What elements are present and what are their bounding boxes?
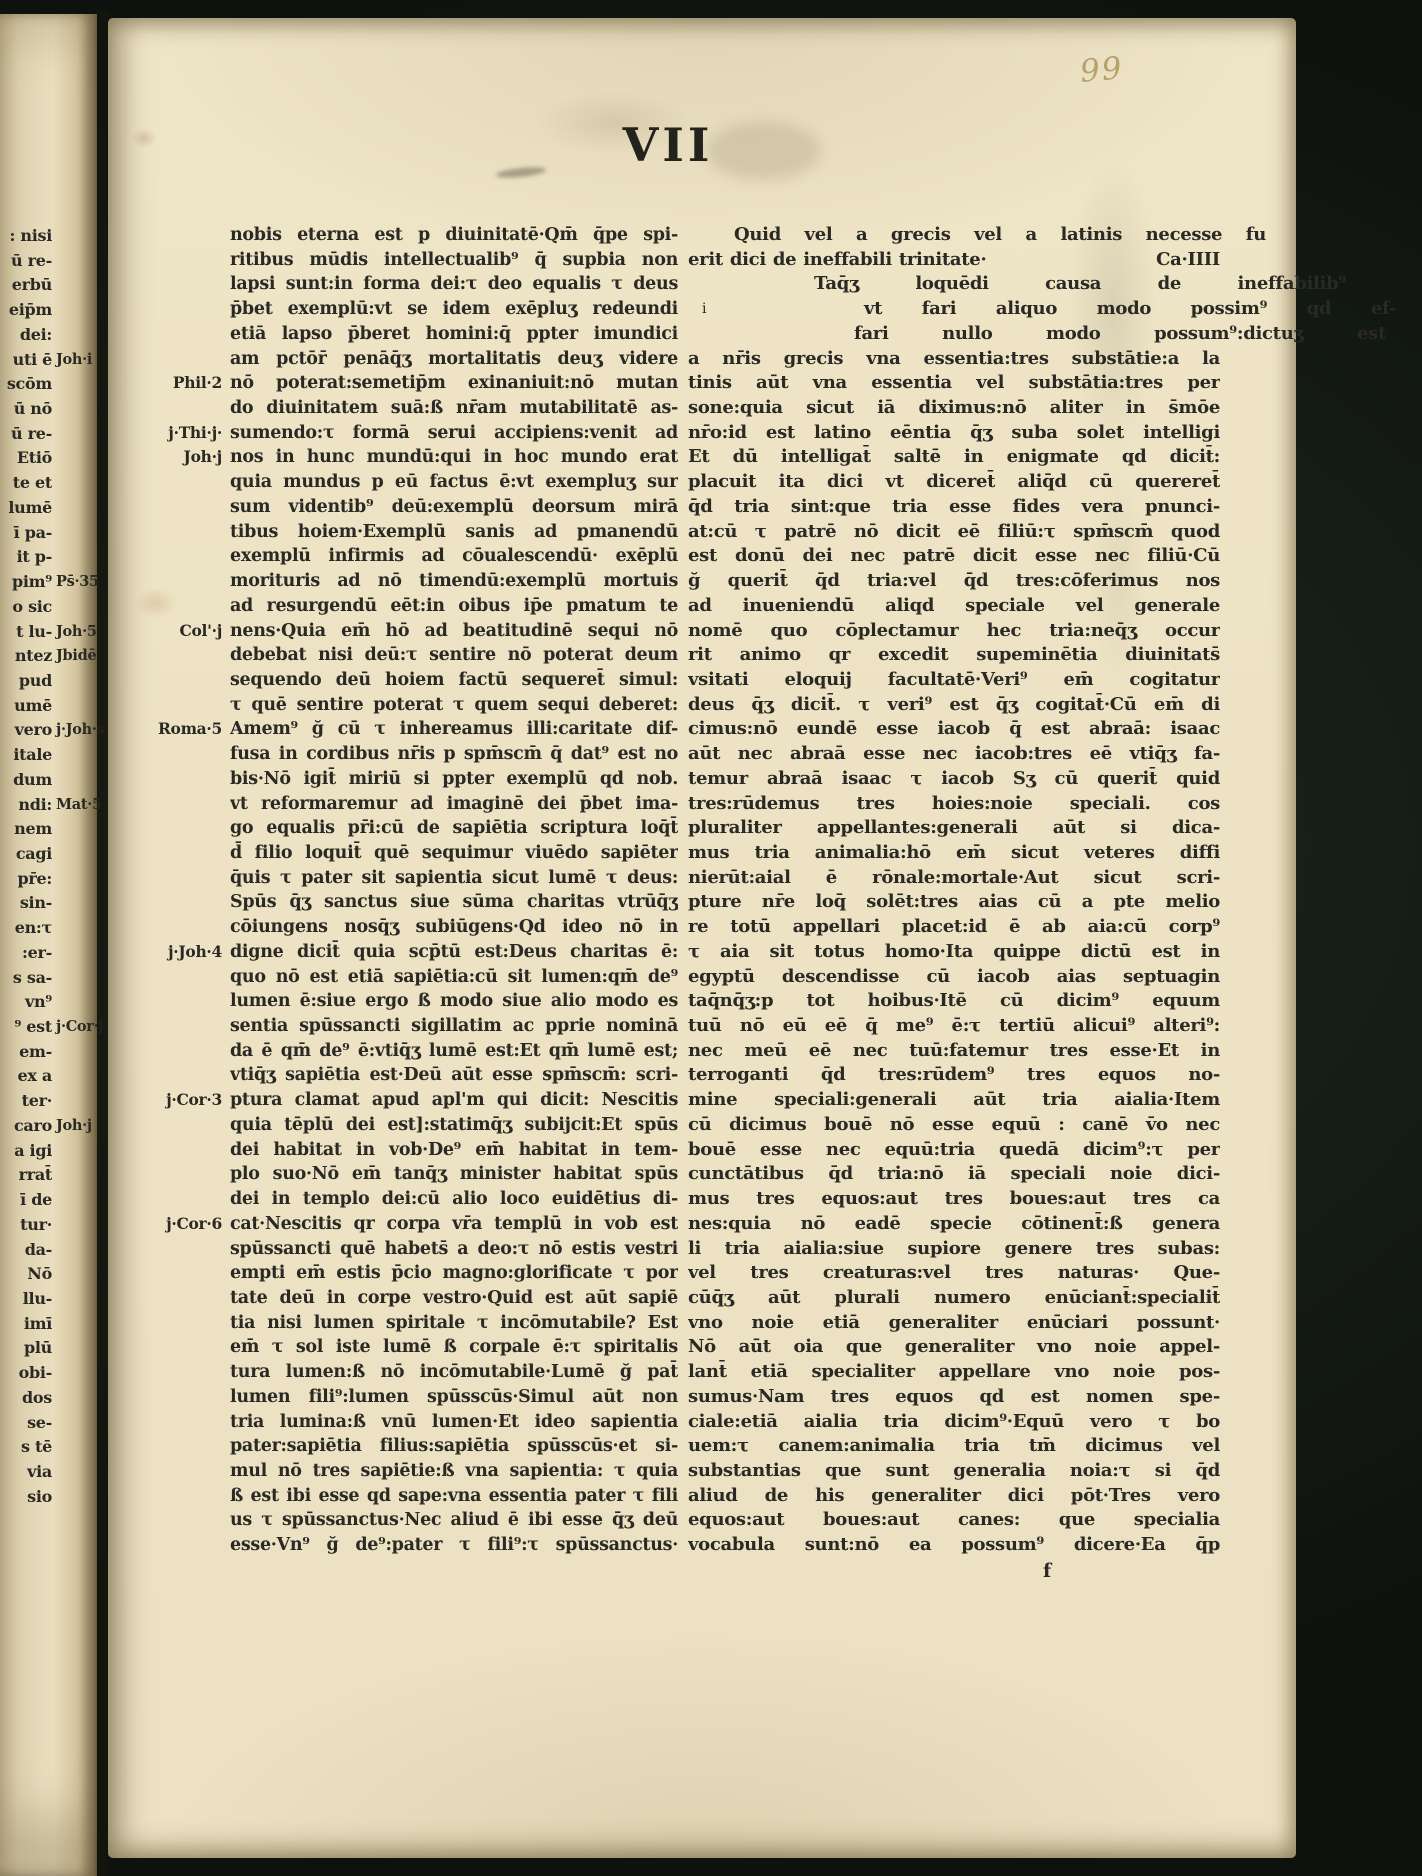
line-end-fragment: Nō [0, 1261, 52, 1286]
strip-line-fragment: ex a [0, 1063, 97, 1088]
strip-line-fragment: ntezJbidē [0, 643, 97, 668]
strip-line-fragment: ndi:Mat·5 [0, 792, 97, 817]
text-line: aūt nec abraā esse nec iacob:tres eē vti… [688, 742, 1220, 767]
text-line-content: sone:quia sicut iā diximus:nō aliter in … [688, 397, 1220, 418]
text-line-content: vtiq̄ʒ sapiētia est·Deū aūt esse spm̄scm… [230, 1065, 678, 1085]
text-line-content: Amem⁹ ğ cū τ inhereamus illi:caritate di… [230, 719, 678, 739]
line-end-fragment: lumē [0, 495, 52, 520]
text-line-content: da ē qm̄ de⁹ ē:vtiq̄ʒ lumē est:Et qm̄ lu… [230, 1041, 678, 1061]
text-line-content: ad resurgendū eēt:in oibus ip̄e pmatum t… [230, 596, 678, 616]
strip-margin-note: Ps̄·35 [56, 569, 99, 594]
text-line-content: Et dū intelligat̄ saltē in enigmate qd d… [688, 446, 1220, 467]
line-end-fragment: llu- [0, 1286, 52, 1311]
text-line: cat·Nescitis qr corpa vr̄a templū in vob… [230, 1212, 678, 1237]
scripture-reference-note: j·Joh·4 [114, 940, 222, 965]
text-line: nobis eterna est p diuinitatē·Qm̄ q̄pe s… [230, 223, 678, 248]
strip-line-fragment: pud [0, 668, 97, 693]
text-line: ß est ibi esse qd sape:vna essentia pate… [230, 1484, 678, 1509]
text-line: digne dicit̄ quia scp̄tū est:Deus charit… [230, 940, 678, 965]
text-line-content: esse·Vn⁹ ğ de⁹:pater τ fili⁹:τ spūssanct… [230, 1535, 678, 1555]
line-end-fragment: a igi [0, 1138, 52, 1163]
strip-line-fragment: ⁹ estj·Cor·j [0, 1014, 97, 1039]
line-end-fragment: tur· [0, 1212, 52, 1237]
text-line: Quid vel a grecis vel a latinis necesse … [688, 223, 1266, 248]
strip-line-fragment: uti ēJoh·i [0, 347, 97, 372]
text-line: taq̄nq̄ʒ:p tot hoibus·Itē cū dicim⁹ equu… [688, 989, 1220, 1014]
text-line: mus tres equos:aut tres boues:aut tres c… [688, 1187, 1220, 1212]
line-end-fragment: se- [0, 1410, 52, 1435]
text-line-content: pture nr̄e loq̄ solēt:tres aias cū a pte… [688, 891, 1220, 912]
text-line-content: pater:sapiētia filius:sapiētia spūsscūs·… [230, 1436, 678, 1456]
text-line-content: mul nō tres sapiētie:ß vna sapientia: τ … [230, 1461, 678, 1481]
strip-line-fragment: it p- [0, 544, 97, 569]
text-line: quia mundus p eū factus ē:vt exempluʒ su… [230, 470, 678, 495]
ink-smudge [496, 165, 547, 179]
text-line: re totū appellari placet:id ē ab aia:cū … [688, 915, 1220, 940]
text-line-content: sum videntib⁹ deū:exemplū deorsum mirā [230, 497, 678, 517]
line-end-fragment: dum [0, 767, 52, 792]
text-line-content: sumus·Nam tres equos qd est nomen spe- [688, 1386, 1220, 1407]
text-line-content: morituris ad nō timendū:exemplū mortuis [230, 571, 678, 591]
line-end-fragment: en:τ [0, 915, 52, 940]
text-line-content: spūssancti quē habets̄ a deo:τ nō estis … [230, 1239, 678, 1259]
text-line: lapsi sunt:in forma dei:τ deo equalis τ … [230, 272, 678, 297]
strip-line-fragment: imī [0, 1311, 97, 1336]
text-line: erit dici de ineffabili trinitate·Ca·III… [688, 248, 1220, 273]
text-line: debebat nisi deū:τ sentire nō poterat de… [230, 643, 678, 668]
strip-line-fragment: em- [0, 1039, 97, 1064]
text-line-content: placuit ita dici vt diceret̄ aliq̄d cū q… [688, 471, 1220, 492]
text-line: quo nō est etiā sapiētia:cū sit lumen:qm… [230, 965, 678, 990]
text-line-content: tate deū in corpe vestro·Quid est aūt sa… [230, 1288, 678, 1308]
text-line: pluraliter appellantes:generali aūt si d… [688, 816, 1220, 841]
text-line-content: ğ querit̄ q̄d tria:vel q̄d tres:cōferimu… [688, 570, 1220, 591]
text-line: am pctōr̄ penāq̄ʒ mortalitatis deuʒ vide… [230, 347, 678, 372]
text-line: tres:rūdemus tres hoies:noie speciali. c… [688, 792, 1220, 817]
strip-line-fragment: obi- [0, 1360, 97, 1385]
strip-line-fragment: dos [0, 1385, 97, 1410]
text-line-content: τ quē sentire poterat τ quem sequi deber… [230, 695, 678, 715]
text-line: d̄ filio loquit̄ quē sequimur viuēdo sap… [230, 841, 678, 866]
line-end-fragment: ntez [0, 643, 52, 668]
scripture-reference-note: j·Thi·j· [114, 421, 222, 446]
text-line: sentia spūssancti sigillatim ac pprie no… [230, 1014, 678, 1039]
text-line: placuit ita dici vt diceret̄ aliq̄d cū q… [688, 470, 1220, 495]
text-line-content: ritibus mūdis intellectualib⁹ q̄ supbia … [230, 250, 678, 270]
strip-line-fragment: a igi [0, 1138, 97, 1163]
text-line-content: tuū nō eū eē q̄ me⁹ ē:τ tertiū alicui⁹ a… [688, 1015, 1220, 1036]
text-line: tia nisi lumen spiritale τ incōmutabile?… [230, 1311, 678, 1336]
text-line-content: a nr̄is grecis vna essentia:tres substāt… [688, 348, 1220, 369]
strip-line-fragment: dei: [0, 322, 97, 347]
text-line: mul nō tres sapiētie:ß vna sapientia: τ … [230, 1459, 678, 1484]
text-line-content: vt reformaremur ad imaginē dei p̄bet ima… [230, 794, 678, 814]
text-line: tria lumina:ß vnū lumen·Et ideo sapienti… [230, 1410, 678, 1435]
text-line: vsitati eloquij facultatē·Veri⁹ em̄ cogi… [688, 668, 1220, 693]
strip-line-fragment: ī de [0, 1187, 97, 1212]
strip-line-fragment: vn⁹ [0, 989, 97, 1014]
line-end-fragment: umē [0, 693, 52, 718]
text-line-content: re totū appellari placet:id ē ab aia:cū … [688, 916, 1220, 937]
chapter-label: Ca·IIII [1156, 248, 1220, 273]
text-line: Taq̄ʒ loquēdi causa de ineffabilib⁹ [688, 272, 1346, 297]
scripture-reference-note: j·Cor·3 [114, 1088, 222, 1113]
line-end-fragment: sio [0, 1484, 52, 1509]
text-line-content: lumen fili⁹:lumen spūsscūs·Simul aūt non [230, 1387, 678, 1407]
strip-line-fragment: caroJoh·j [0, 1113, 97, 1138]
text-line-content: lant̄ etiā specialiter appellare vno noi… [688, 1361, 1220, 1382]
text-line-content: nomē quo cōplectamur hec tria:neq̄ʒ occu… [688, 620, 1220, 641]
text-line: nens·Quia em̄ hō ad beatitudinē sequi nō [230, 619, 678, 644]
scripture-reference-note: Joh·j [114, 445, 222, 470]
text-line: ğ querit̄ q̄d tria:vel q̄d tres:cōferimu… [688, 569, 1220, 594]
line-end-fragment: ter· [0, 1088, 52, 1113]
text-line: sequendo deū hoiem factū sequeret̄ simul… [230, 668, 678, 693]
text-line: bis·Nō igit̄ miriū si ppter exemplū qd n… [230, 767, 678, 792]
strip-line-fragment: s tē [0, 1434, 97, 1459]
text-line: nes:quia nō eadē specie cōtinent̄:ß gene… [688, 1212, 1220, 1237]
text-line-content: fari nullo modo possum⁹:dictuʒ est [854, 323, 1386, 344]
line-end-fragment: o sic [0, 594, 52, 619]
text-line: a nr̄is grecis vna essentia:tres substāt… [688, 347, 1220, 372]
text-line-content: nes:quia nō eadē specie cōtinent̄:ß gene… [688, 1213, 1220, 1234]
text-line: sumus·Nam tres equos qd est nomen spe- [688, 1385, 1220, 1410]
text-line-content: terroganti q̄d tres:rūdem⁹ tres equos no… [688, 1064, 1220, 1085]
text-line: deus q̄ʒ dicit̄. τ veri⁹ est q̄ʒ cogitat… [688, 693, 1220, 718]
text-line: substantias que sunt generalia noia:τ si… [688, 1459, 1220, 1484]
text-line: cūq̄ʒ aūt plurali numero enūciant̄:speci… [688, 1286, 1220, 1311]
text-line: q̄d tria sint:que tria esse fides vera p… [688, 495, 1220, 520]
text-line-content: ptura clamat apud apl'm qui dicit: Nesci… [230, 1090, 678, 1110]
text-line: nomē quo cōplectamur hec tria:neq̄ʒ occu… [688, 619, 1220, 644]
strip-line-fragment: ū re- [0, 248, 97, 273]
line-end-fragment: ex a [0, 1063, 52, 1088]
text-line: τ quē sentire poterat τ quem sequi deber… [230, 693, 678, 718]
text-line-content: est donū dei nec patrē dicit esse nec fi… [688, 545, 1220, 566]
line-end-fragment: erbū [0, 272, 52, 297]
text-line-content: bis·Nō igit̄ miriū si ppter exemplū qd n… [230, 769, 678, 789]
text-line: ritibus mūdis intellectualib⁹ q̄ supbia … [230, 248, 678, 273]
text-line-content: tres:rūdemus tres hoies:noie speciali. c… [688, 793, 1220, 814]
text-line: cimus:nō eundē esse iacob q̄ est abraā: … [688, 717, 1220, 742]
text-line: etiā lapso p̄beret homini:q̄ ppter imund… [230, 322, 678, 347]
strip-line-fragment: ū nō [0, 396, 97, 421]
text-line: nr̄o:id est latino eēntia q̄ʒ suba solet… [688, 421, 1220, 446]
strip-line-fragment: lumē [0, 495, 97, 520]
text-line-content: erit dici de ineffabili trinitate· [688, 248, 986, 273]
text-line: tibus hoiem·Exemplū sanis ad pmanendū [230, 520, 678, 545]
text-line-content: lapsi sunt:in forma dei:τ deo equalis τ … [230, 274, 678, 294]
line-end-fragment: : nisi [0, 223, 52, 248]
line-end-fragment: dos [0, 1385, 52, 1410]
line-end-fragment: te et [0, 470, 52, 495]
text-line-content: uem:τ canem:animalia tria tm̄ dicimus ve… [688, 1435, 1220, 1456]
text-line-content: mine speciali:generali aūt tria aialia·I… [688, 1089, 1220, 1110]
text-line: morituris ad nō timendū:exemplū mortuis [230, 569, 678, 594]
scripture-reference-note: Roma·5 [114, 717, 222, 742]
text-line: esse·Vn⁹ ğ de⁹:pater τ fili⁹:τ spūssanct… [230, 1533, 678, 1558]
strip-line-fragment: llu- [0, 1286, 97, 1311]
text-line: vtiq̄ʒ sapiētia est·Deū aūt esse spm̄scm… [230, 1063, 678, 1088]
strip-line-fragment: : nisi [0, 223, 97, 248]
text-line: tuū nō eū eē q̄ me⁹ ē:τ tertiū alicui⁹ a… [688, 1014, 1220, 1039]
line-end-fragment: imī [0, 1311, 52, 1336]
text-line: em̄ τ sol iste lumē ß corpale ē:τ spirit… [230, 1335, 678, 1360]
text-line: uem:τ canem:animalia tria tm̄ dicimus ve… [688, 1434, 1220, 1459]
text-line-content: p̄bet exemplū:vt se idem exēpluʒ redeund… [230, 299, 678, 319]
strip-line-fragment: pim⁹Ps̄·35 [0, 569, 97, 594]
text-line-content: aūt nec abraā esse nec iacob:tres eē vti… [688, 743, 1220, 764]
line-end-fragment: pim⁹ [0, 569, 52, 594]
text-line-content: tinis aūt vna essentia vel substātia:tre… [688, 372, 1220, 393]
text-line: bouē esse nec equū:tria quedā dicim⁹:τ p… [688, 1138, 1220, 1163]
text-line: vt reformaremur ad imaginē dei p̄bet ima… [230, 792, 678, 817]
text-line-content: do diuinitatem suā:ß nr̄am mutabilitatē … [230, 398, 678, 418]
text-line: exemplū infirmis ad cōualescendū· exēplū [230, 544, 678, 569]
text-line: mine speciali:generali aūt tria aialia·I… [688, 1088, 1220, 1113]
text-line: sumendo:τ formā serui accipiens:venit ad [230, 421, 678, 446]
text-line-content: substantias que sunt generalia noia:τ si… [688, 1460, 1220, 1481]
text-line-content: d̄ filio loquit̄ quē sequimur viuēdo sap… [230, 843, 678, 863]
text-line-content: cūq̄ʒ aūt plurali numero enūciant̄:speci… [688, 1287, 1220, 1308]
line-end-fragment: s tē [0, 1434, 52, 1459]
text-line-content: vel tres creaturas:vel tres naturas· Que… [688, 1262, 1220, 1283]
text-line: Et dū intelligat̄ saltē in enigmate qd d… [688, 445, 1220, 470]
text-line-content: dei habitat in vob·De⁹ em̄ habitat in te… [230, 1140, 678, 1160]
line-end-fragment: eip̄m [0, 297, 52, 322]
strip-margin-note: Joh·i [56, 347, 92, 372]
line-end-fragment: s sa- [0, 965, 52, 990]
strip-line-fragment: te et [0, 470, 97, 495]
strip-line-fragment: eip̄m [0, 297, 97, 322]
text-line-content: digne dicit̄ quia scp̄tū est:Deus charit… [230, 942, 678, 962]
text-line: quia tēplū dei est]:statimq̄ʒ subijcit:E… [230, 1113, 678, 1138]
text-line-content: nos in hunc mundū:qui in hoc mundo erat [230, 447, 678, 467]
strip-line-fragment: umē [0, 693, 97, 718]
text-line-content: em̄ τ sol iste lumē ß corpale ē:τ spirit… [230, 1337, 678, 1360]
text-line: nierūt:aial ē rōnale:mortale·Aut sicut s… [688, 866, 1220, 891]
strip-line-fragment: en:τ [0, 915, 97, 940]
line-end-fragment: cagi [0, 841, 52, 866]
text-line: cōiungens nosq̄ʒ subiūgens·Qd ideo nō in [230, 915, 678, 940]
text-line-content: sentia spūssancti sigillatim ac pprie no… [230, 1016, 678, 1036]
text-line: us τ spūssanctus·Nec aliud ē ibi esse q̄… [230, 1508, 678, 1533]
strip-line-fragment: t lu-Joh·5 [0, 619, 97, 644]
text-line-content: vocabula sunt:nō ea possum⁹ dicere·Ea q̄… [688, 1534, 1220, 1555]
strip-line-fragment: plū [0, 1335, 97, 1360]
strip-line-fragment: o sic [0, 594, 97, 619]
text-line: dei habitat in vob·De⁹ em̄ habitat in te… [230, 1138, 678, 1163]
text-line-content: go equalis pr̄i:cū de sapiētia scriptura… [230, 818, 678, 838]
line-end-fragment: it p- [0, 544, 52, 569]
text-line-content: τ aia sit totus homo·Ita quippe dictū es… [688, 941, 1220, 962]
strip-line-fragment: cagi [0, 841, 97, 866]
text-line: nec meū eē nec tuū:fatemur tres esse·Et … [688, 1039, 1220, 1064]
text-line-content: Nō aūt oia que generaliter vno noie appe… [688, 1336, 1220, 1357]
text-line: est donū dei nec patrē dicit esse nec fi… [688, 544, 1220, 569]
text-line-content: nobis eterna est p diuinitatē·Qm̄ q̄pe s… [230, 225, 678, 245]
facing-page-edge-strip: : nisiū re-erbūeip̄mdei:uti ēJoh·iscōmū … [0, 14, 97, 1876]
text-line: aliud de his generaliter dici pōt·Tres v… [688, 1484, 1220, 1509]
text-line: lumen fili⁹:lumen spūsscūs·Simul aūt non [230, 1385, 678, 1410]
text-line: nō poterat:semetip̄m exinaniuit:nō mutan [230, 371, 678, 396]
strip-line-fragment: itale [0, 742, 97, 767]
strip-margin-note: Jbidē [56, 643, 96, 668]
line-end-fragment: itale [0, 742, 52, 767]
text-line-content: fusa in cordibus nr̄is p spm̄scm̄ q̄ dat… [230, 744, 678, 764]
text-line-content: Quid vel a grecis vel a latinis necesse … [734, 224, 1266, 245]
text-line: sone:quia sicut iā diximus:nō aliter in … [688, 396, 1220, 421]
line-end-fragment: pr̄e: [0, 866, 52, 891]
text-line: lumen ē:siue ergo ß modo siue alio modo … [230, 989, 678, 1014]
line-end-fragment: via [0, 1459, 52, 1484]
text-line: p̄bet exemplū:vt se idem exēpluʒ redeund… [230, 297, 678, 322]
strip-line-fragment: s sa- [0, 965, 97, 990]
text-line-content: q̄d tria sint:que tria esse fides vera p… [688, 496, 1220, 517]
text-line-content: mus tria animalia:hō em̄ sicut veteres d… [688, 842, 1220, 863]
strip-margin-note: Joh·j [56, 1113, 92, 1138]
text-line-content: bouē esse nec equū:tria quedā dicim⁹:τ p… [688, 1139, 1220, 1160]
scripture-reference-note: j·Cor·6 [114, 1212, 222, 1237]
text-line: ad resurgendū eēt:in oibus ip̄e pmatum t… [230, 594, 678, 619]
text-line-content: empti em̄ estis p̄cio magno:glorificate … [230, 1263, 678, 1283]
text-line: equos:aut boues:aut canes: que specialia [688, 1508, 1220, 1533]
line-end-fragment: em- [0, 1039, 52, 1064]
text-line: vt fari aliquo modo possim⁹ qd ef-i [688, 297, 1396, 322]
line-end-fragment: ⁹ est [0, 1014, 52, 1039]
text-line: vel tres creaturas:vel tres naturas· Que… [688, 1261, 1220, 1286]
text-line-content: am pctōr̄ penāq̄ʒ mortalitatis deuʒ vide… [230, 349, 678, 369]
line-end-fragment: ū re- [0, 248, 52, 273]
line-end-fragment: ū nō [0, 396, 52, 421]
text-line-content: vno noie etiā generaliter enūciari possu… [688, 1312, 1220, 1333]
text-line: tate deū in corpe vestro·Quid est aūt sa… [230, 1286, 678, 1311]
text-line-content: cat·Nescitis qr corpa vr̄a templū in vob… [230, 1214, 678, 1234]
guide-letter: i [702, 297, 706, 322]
text-line: rit animo qr excedit supeminētia diuinit… [688, 643, 1220, 668]
text-line-content: nec meū eē nec tuū:fatemur tres esse·Et … [688, 1040, 1220, 1061]
text-line-content: plo suo·Nō em̄ tanq̄ʒ minister habitat s… [230, 1164, 678, 1184]
line-end-fragment: sin- [0, 890, 52, 915]
text-line-content: vt fari aliquo modo possim⁹ qd ef- [864, 298, 1396, 319]
strip-margin-note: Joh·5 [56, 619, 97, 644]
line-end-fragment: scōm [0, 371, 52, 396]
text-line: terroganti q̄d tres:rūdem⁹ tres equos no… [688, 1063, 1220, 1088]
text-line: li tria aialia:siue supiore genere tres … [688, 1237, 1220, 1262]
line-end-fragment: ī pa- [0, 520, 52, 545]
line-end-fragment: dei: [0, 322, 52, 347]
strip-line-fragment: nem [0, 816, 97, 841]
strip-line-fragment: :er- [0, 940, 97, 965]
line-end-fragment: ī de [0, 1187, 52, 1212]
text-line-content: deus q̄ʒ dicit̄. τ veri⁹ est q̄ʒ cogitat… [688, 694, 1220, 715]
text-line: vno noie etiā generaliter enūciari possu… [688, 1311, 1220, 1336]
text-line: q̄uis τ pater sit sapientia sicut lumē τ… [230, 866, 678, 891]
text-line-content: dei in templo dei:cū alio loco euidētius… [230, 1189, 678, 1209]
line-end-fragment: caro [0, 1113, 52, 1138]
strip-line-fragment: sio [0, 1484, 97, 1509]
text-line-content: cōiungens nosq̄ʒ subiūgens·Qd ideo nō in [230, 917, 678, 937]
text-line: cū dicimus bouē nō esse equū : canē v̄o … [688, 1113, 1220, 1138]
strip-line-fragment: pr̄e: [0, 866, 97, 891]
text-line-content: mus tres equos:aut tres boues:aut tres c… [688, 1188, 1220, 1209]
text-line-content: sequendo deū hoiem factū sequeret̄ simul… [230, 670, 678, 690]
text-line: go equalis pr̄i:cū de sapiētia scriptura… [230, 816, 678, 841]
text-line: τ aia sit totus homo·Ita quippe dictū es… [688, 940, 1220, 965]
text-line: da ē qm̄ de⁹ ē:vtiq̄ʒ lumē est:Et qm̄ lu… [230, 1039, 678, 1064]
text-line-content: ciale:etiā aialia tria dicim⁹·Equū vero … [688, 1411, 1220, 1432]
text-line-content: sumendo:τ formā serui accipiens:venit ad [230, 423, 678, 443]
strip-line-fragment: ī pa- [0, 520, 97, 545]
text-line: Spūs q̄ʒ sanctus siue sūma charitas vtrū… [230, 890, 678, 915]
text-line: cunctātibus q̄d tria:nō iā speciali noie… [688, 1162, 1220, 1187]
strip-line-fragment: da- [0, 1237, 97, 1262]
text-line-content: nierūt:aial ē rōnale:mortale·Aut sicut s… [688, 867, 1220, 888]
line-end-fragment: nem [0, 816, 52, 841]
line-end-fragment: rrat̄ [0, 1162, 52, 1187]
text-line: plo suo·Nō em̄ tanq̄ʒ minister habitat s… [230, 1162, 678, 1187]
text-line-content: nō poterat:semetip̄m exinaniuit:nō mutan [230, 373, 678, 393]
text-line-content: rit animo qr excedit supeminētia diuinit… [688, 644, 1220, 665]
strip-line-fragment: sin- [0, 890, 97, 915]
text-line-content: quia mundus p eū factus ē:vt exempluʒ su… [230, 472, 678, 492]
text-line-content: quo nō est etiā sapiētia:cū sit lumen:qm… [230, 967, 678, 987]
text-line-content: lumen ē:siue ergo ß modo siue alio modo … [230, 991, 678, 1011]
text-line-content: vsitati eloquij facultatē·Veri⁹ em̄ cogi… [688, 669, 1220, 690]
text-line: mus tria animalia:hō em̄ sicut veteres d… [688, 841, 1220, 866]
strip-line-fragment: via [0, 1459, 97, 1484]
scripture-reference-note: Col'·j [114, 619, 222, 644]
strip-line-fragment: veroj·Joh·s [0, 717, 97, 742]
text-line-content: cimus:nō eundē esse iacob q̄ est abraā: … [688, 718, 1220, 739]
text-line: nos in hunc mundū:qui in hoc mundo erat [230, 445, 678, 470]
strip-line-fragment: se- [0, 1410, 97, 1435]
main-page: VII 99 Phil·2j·Thi·j·Joh·jCol'·jRoma·5j·… [108, 18, 1296, 1858]
strip-line-fragment: rrat̄ [0, 1162, 97, 1187]
text-line-content: egyptū descendisse cū iacob aias septuag… [688, 966, 1220, 987]
strip-line-fragment: ū re- [0, 421, 97, 446]
line-end-fragment: ndi: [0, 792, 52, 817]
text-line-content: at:cū τ patrē nō dicit eē filiū:τ spm̄sc… [688, 521, 1220, 542]
text-line: fusa in cordibus nr̄is p spm̄scm̄ q̄ dat… [230, 742, 678, 767]
line-end-fragment: Etiō [0, 445, 52, 470]
line-end-fragment: da- [0, 1237, 52, 1262]
line-end-fragment: obi- [0, 1360, 52, 1385]
line-end-fragment: ū re- [0, 421, 52, 446]
strip-line-fragment: erbū [0, 272, 97, 297]
text-line-content: ß est ibi esse qd sape:vna essentia pate… [230, 1486, 678, 1506]
line-end-fragment: plū [0, 1335, 52, 1360]
signature-mark: f [1043, 1560, 1051, 1582]
line-end-fragment: vero [0, 717, 52, 742]
line-end-fragment: :er- [0, 940, 52, 965]
strip-line-fragment: tur· [0, 1212, 97, 1237]
text-line-content: nr̄o:id est latino eēntia q̄ʒ suba solet… [688, 422, 1220, 443]
text-line: ad inueniendū aliqd speciale vel general… [688, 594, 1220, 619]
text-line-content: debebat nisi deū:τ sentire nō poterat de… [230, 645, 678, 665]
text-line-content: quia tēplū dei est]:statimq̄ʒ subijcit:E… [230, 1115, 678, 1135]
text-line: ciale:etiā aialia tria dicim⁹·Equū vero … [688, 1410, 1220, 1435]
photograph-background: { "document": { "colors": { "ink": "#2a2… [0, 0, 1422, 1876]
strip-line-fragment: scōm [0, 371, 97, 396]
text-line-content: ad inueniendū aliqd speciale vel general… [688, 595, 1220, 616]
text-line: pater:sapiētia filius:sapiētia spūsscūs·… [230, 1434, 678, 1459]
text-line-content: nens·Quia em̄ hō ad beatitudinē sequi nō [230, 621, 678, 641]
folio-annotation-handwritten: 99 [1079, 50, 1125, 90]
text-line: Amem⁹ ğ cū τ inhereamus illi:caritate di… [230, 717, 678, 742]
text-line: dei in templo dei:cū alio loco euidētius… [230, 1187, 678, 1212]
text-line-content: tria lumina:ß vnū lumen·Et ideo sapienti… [230, 1412, 678, 1432]
